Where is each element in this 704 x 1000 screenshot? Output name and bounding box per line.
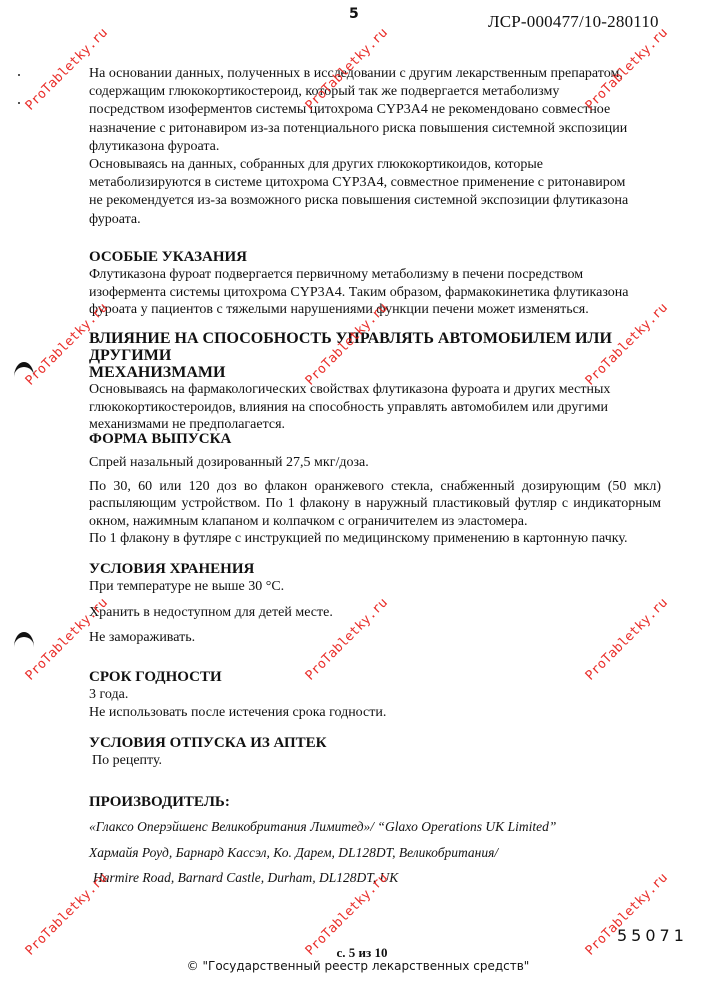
section-heading: УСЛОВИЯ ОТПУСКА ИЗ АПТЕК bbox=[89, 735, 661, 752]
section-heading: СРОК ГОДНОСТИ bbox=[89, 669, 661, 686]
binder-hole-mark bbox=[14, 362, 34, 377]
section-body: Основываясь на фармакологических свойств… bbox=[89, 381, 661, 434]
section-heading: УСЛОВИЯ ХРАНЕНИЯ bbox=[89, 561, 661, 578]
section-body: Флутиказона фуроат подвергается первично… bbox=[89, 266, 661, 319]
paragraph: Основываясь на данных, собранных для дру… bbox=[89, 156, 661, 229]
section-body: Спрей назальный дозированный 27,5 мкг/до… bbox=[89, 454, 661, 472]
section-dosage-form: ФОРМА ВЫПУСКА Спрей назальный дозированн… bbox=[89, 431, 661, 548]
section-body: По рецепту. bbox=[89, 752, 661, 770]
section-manufacturer: ПРОИЗВОДИТЕЛЬ: «Глаксо Оперэйшенс Велико… bbox=[89, 794, 661, 887]
margin-dot bbox=[18, 74, 20, 76]
section-dispensing: УСЛОВИЯ ОТПУСКА ИЗ АПТЕК По рецепту. bbox=[89, 735, 661, 770]
page-number: 5 bbox=[349, 6, 359, 22]
section-heading: ВЛИЯНИЕ НА СПОСОБНОСТЬ УПРАВЛЯТЬ АВТОМОБ… bbox=[89, 330, 661, 381]
section-body: По 1 флакону в футляре с инструкцией по … bbox=[89, 530, 661, 548]
document-id: ЛСР-000477/10-280110 bbox=[488, 12, 659, 32]
section-heading: ПРОИЗВОДИТЕЛЬ: bbox=[89, 794, 661, 811]
manufacturer-name: «Глаксо Оперэйшенс Великобритания Лимите… bbox=[89, 818, 661, 836]
manufacturer-address-ru: Хармайя Роуд, Барнард Кассэл, Ко. Дарем,… bbox=[89, 844, 661, 862]
section-body: По 30, 60 или 120 доз во флакон оранжево… bbox=[89, 478, 661, 531]
manufacturer-address-en: Harmire Road, Barnard Castle, Durham, DL… bbox=[89, 869, 661, 887]
section-heading: ФОРМА ВЫПУСКА bbox=[89, 431, 661, 448]
section-shelf-life: СРОК ГОДНОСТИ 3 года. Не использовать по… bbox=[89, 669, 661, 721]
section-body: Хранить в недоступном для детей месте. bbox=[89, 604, 661, 622]
section-body: Не замораживать. bbox=[89, 629, 661, 647]
section-body: При температуре не выше 30 °С. bbox=[89, 578, 661, 596]
section-special-instructions: ОСОБЫЕ УКАЗАНИЯ Флутиказона фуроат подве… bbox=[89, 249, 661, 319]
section-driving: ВЛИЯНИЕ НА СПОСОБНОСТЬ УПРАВЛЯТЬ АВТОМОБ… bbox=[89, 330, 661, 434]
section-storage: УСЛОВИЯ ХРАНЕНИЯ При температуре не выше… bbox=[89, 561, 661, 647]
binder-hole-mark bbox=[14, 632, 34, 647]
stamp-number: 55071 bbox=[617, 926, 688, 945]
margin-dot bbox=[18, 102, 20, 104]
section-body: 3 года. Не использовать после истечения … bbox=[89, 686, 661, 721]
copyright-notice: © "Государственный реестр лекарственных … bbox=[0, 959, 704, 973]
paragraph: На основании данных, полученных в исслед… bbox=[89, 65, 661, 156]
section-heading: ОСОБЫЕ УКАЗАНИЯ bbox=[89, 249, 661, 266]
intro-text: На основании данных, полученных в исслед… bbox=[89, 65, 661, 229]
